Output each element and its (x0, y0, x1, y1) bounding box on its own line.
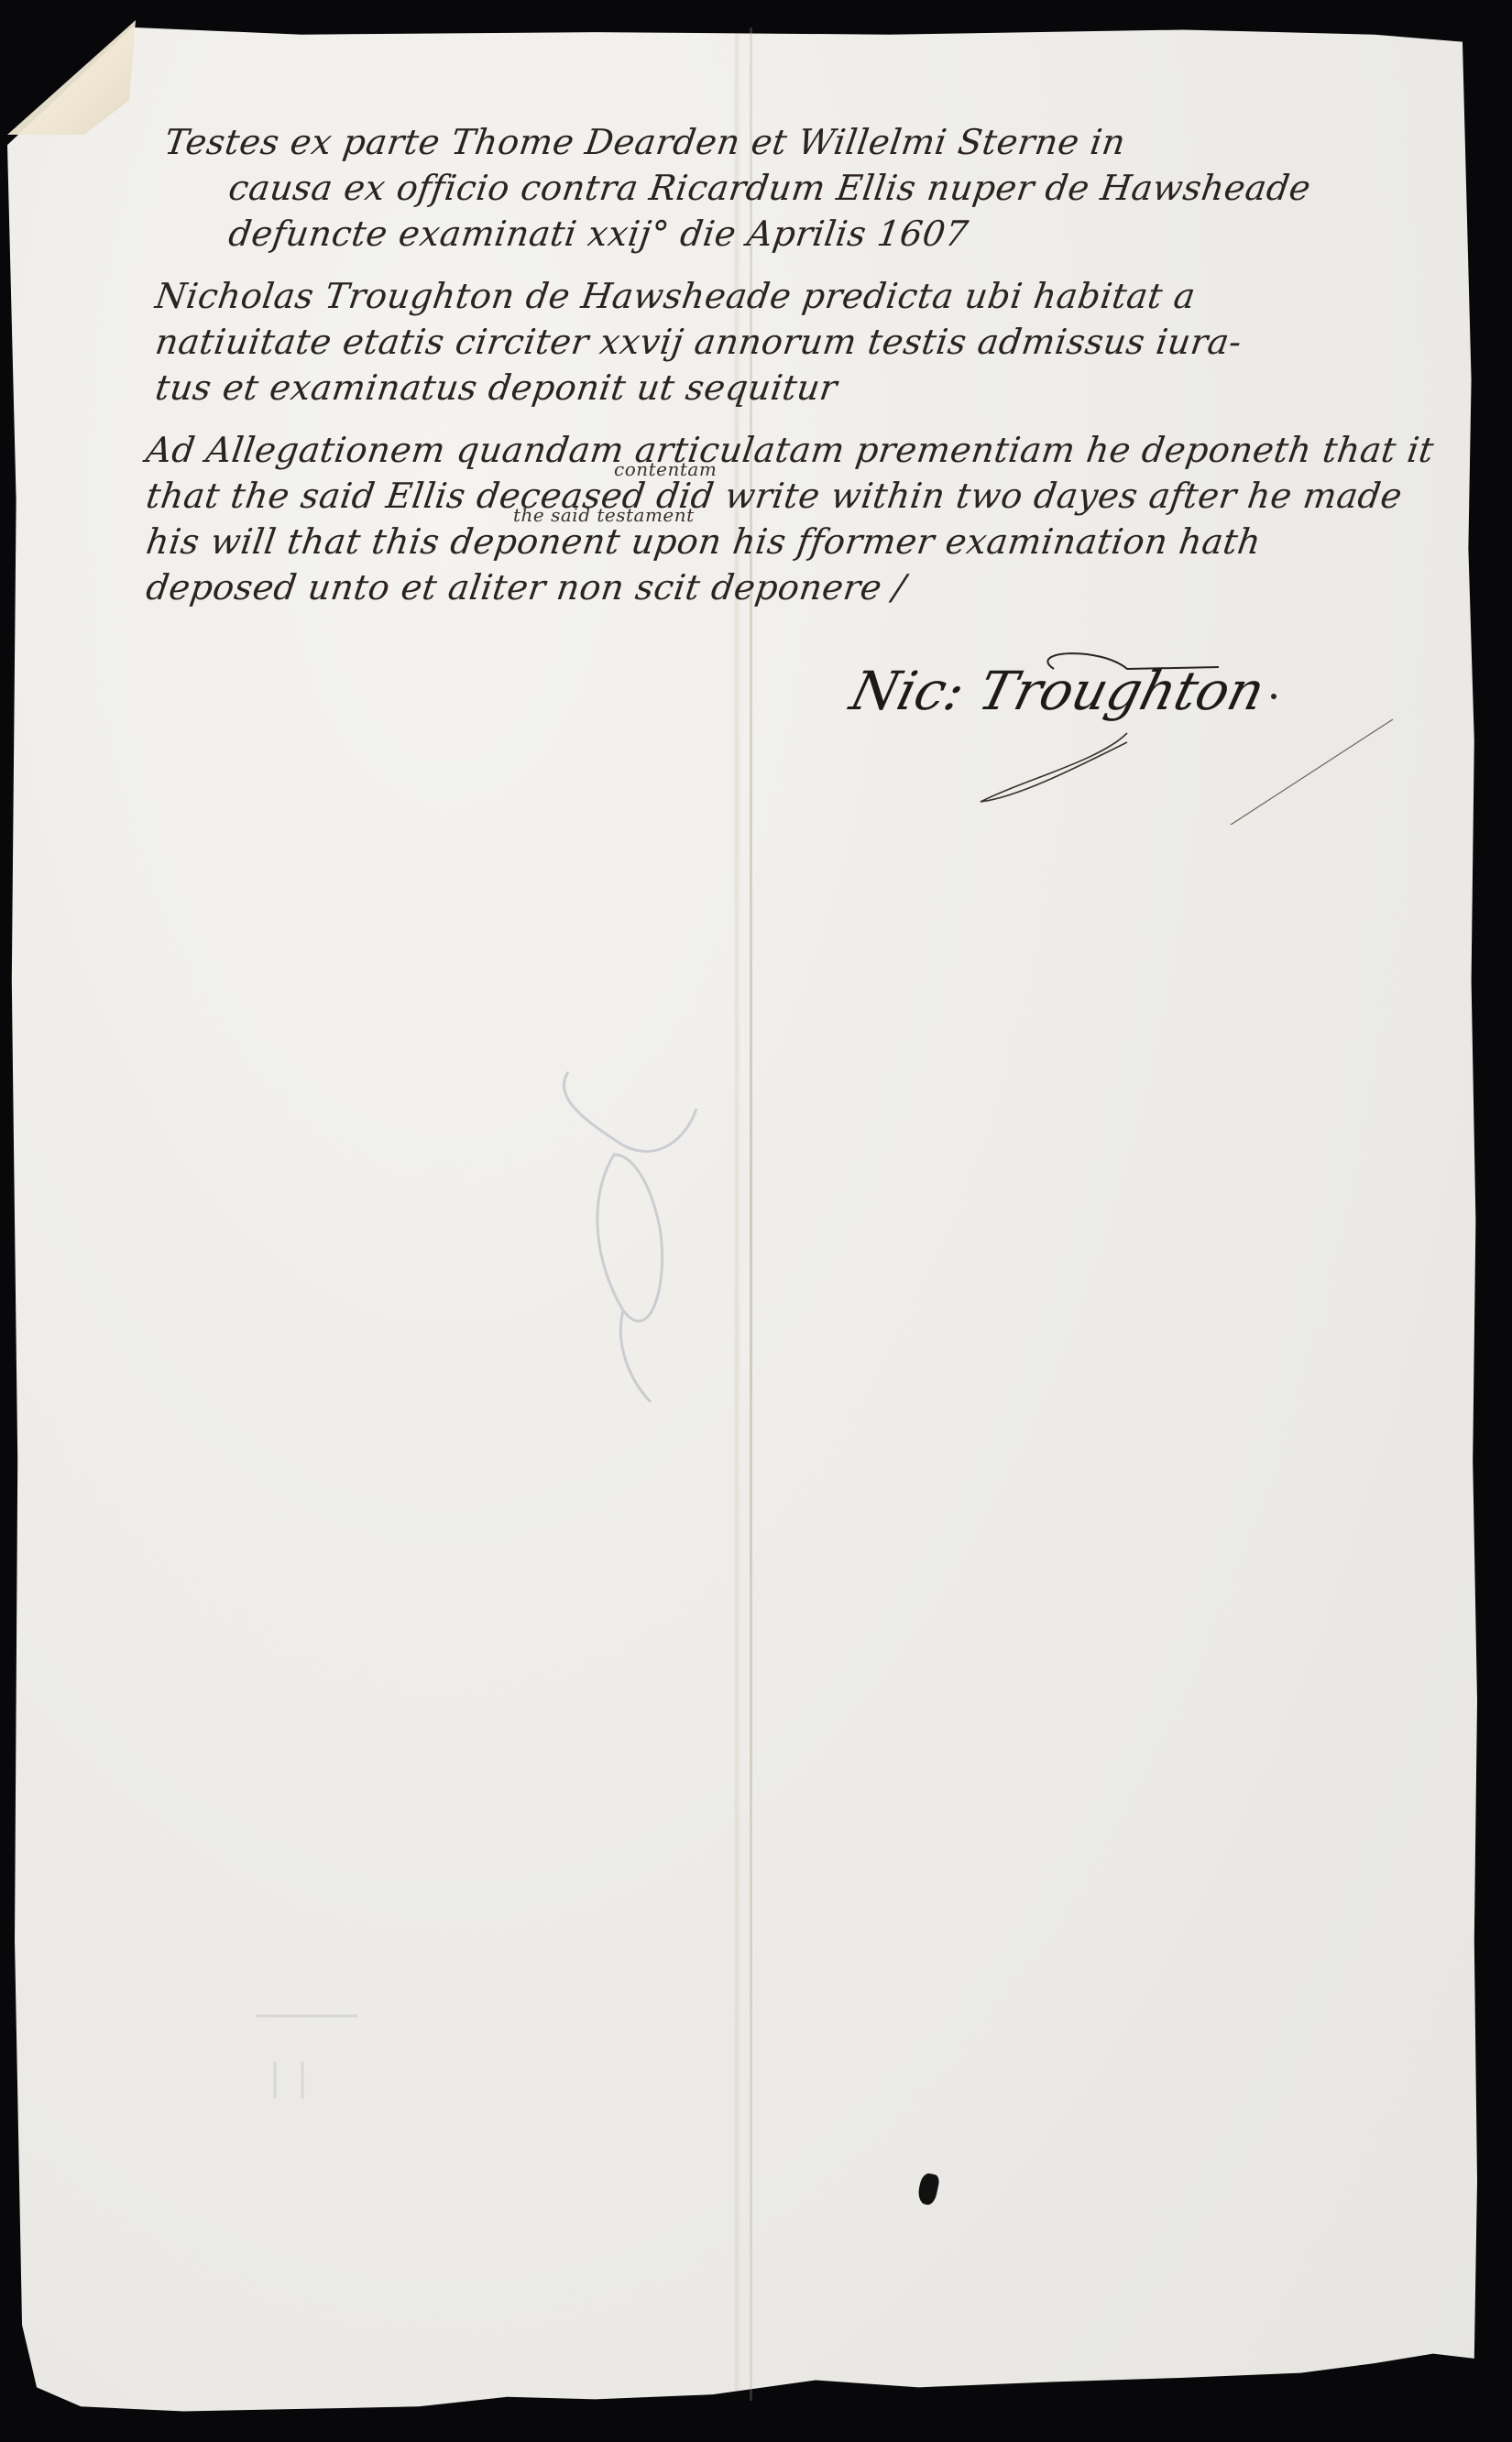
paragraph-allegation: Ad Allegationem quandam articulatam prem… (147, 427, 1466, 610)
faint-marks (247, 1998, 376, 2108)
signature: Nic: Troughton (845, 660, 1271, 722)
text-line: natiuitate etatis circiter xxvij annorum… (152, 319, 1469, 365)
text-line: that the said Ellis deceased did write w… (143, 473, 1469, 519)
text-line: deposed unto et aliter non scit deponere… (143, 564, 1469, 610)
text-line: tus et examinatus deponit ut sequitur (152, 365, 1469, 411)
text-line: Nicholas Troughton de Hawsheade predicta… (152, 273, 1469, 319)
paragraph-heading: Testes ex parte Thome Dearden et Willelm… (165, 119, 1466, 257)
text-line: his will that this deponent upon his ffo… (143, 519, 1469, 564)
paragraph-deponent: Nicholas Troughton de Hawsheade predicta… (156, 273, 1466, 411)
text-line: causa ex officio contra Ricardum Ellis n… (161, 165, 1469, 211)
text-line: Testes ex parte Thome Dearden et Willelm… (161, 119, 1469, 165)
watermark-figure (513, 1045, 733, 1411)
text-line: Ad Allegationem quandam articulatam prem… (143, 427, 1469, 473)
document-scan: Testes ex parte Thome Dearden et Willelm… (0, 0, 1512, 2442)
manuscript-text: Testes ex parte Thome Dearden et Willelm… (165, 119, 1466, 627)
text-line: defuncte examinati xxij° die Aprilis 160… (161, 211, 1469, 257)
